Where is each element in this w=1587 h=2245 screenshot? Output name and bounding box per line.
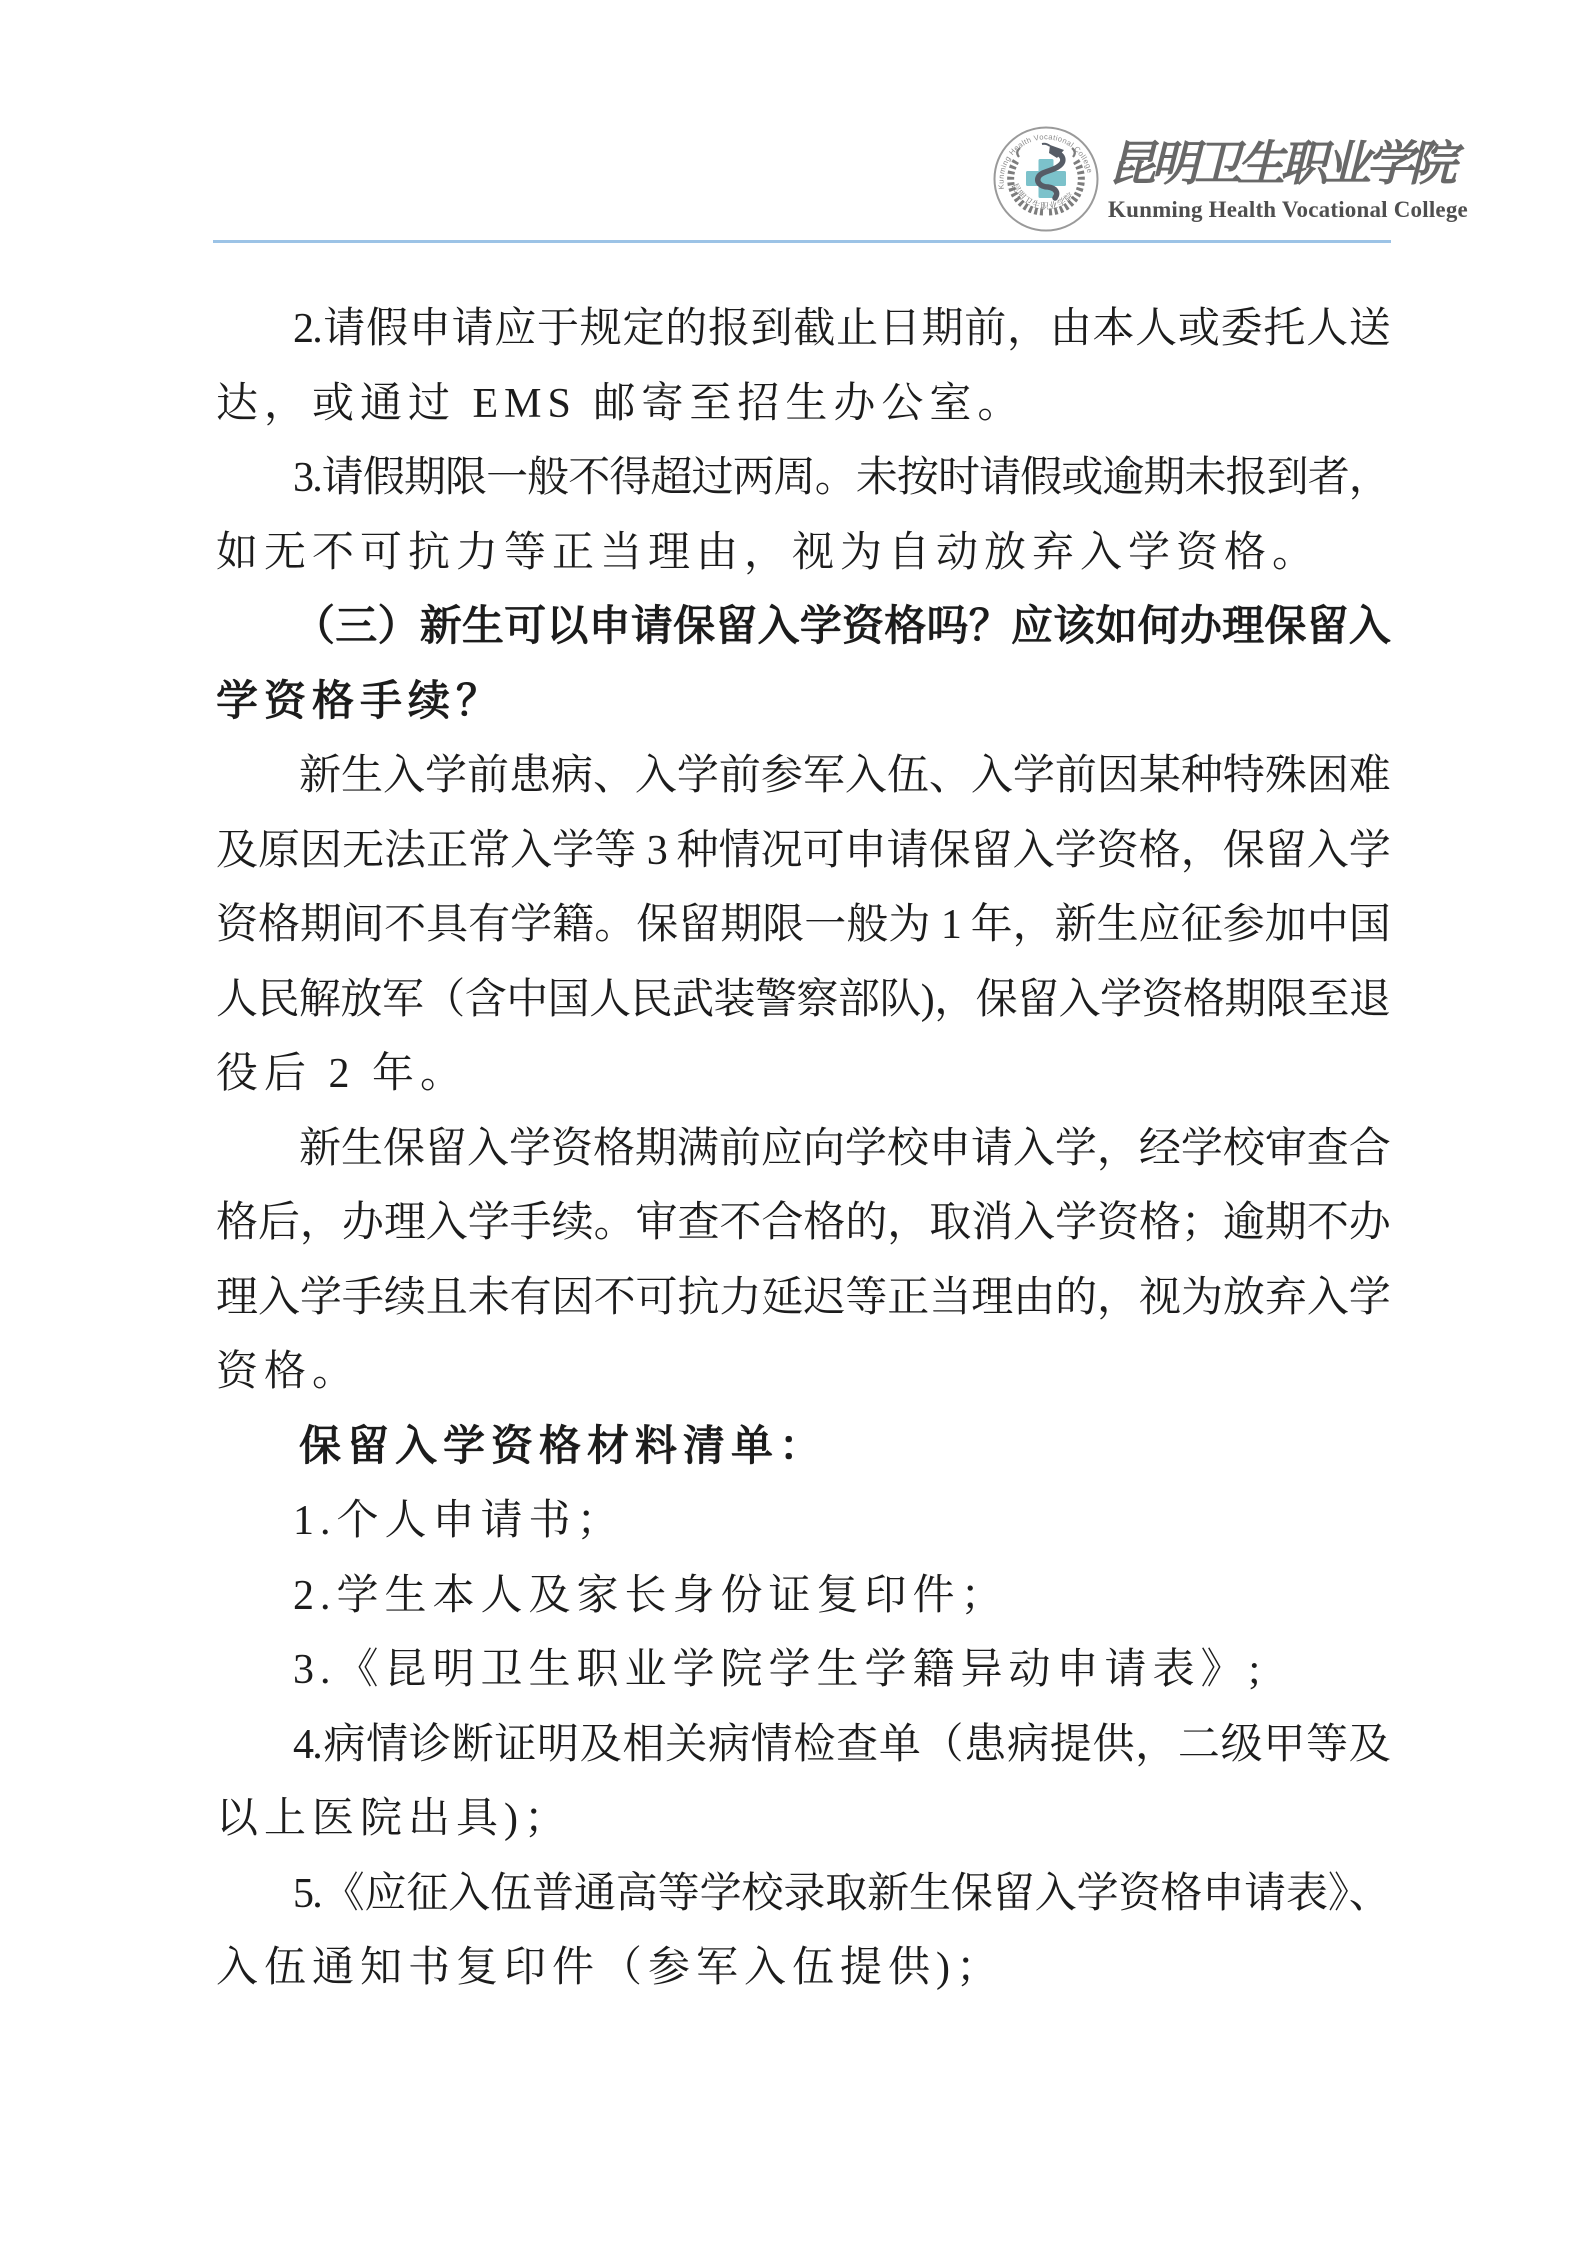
document-body: 2.请假申请应于规定的报到截止日期前，由本人或委托人送 达，或通过 EMS 邮寄…: [216, 292, 1389, 2006]
header-divider-line: [213, 240, 1391, 243]
body-line: 如无不可抗力等正当理由，视为自动放弃入学资格。: [216, 516, 1389, 591]
body-line: 达，或通过 EMS 邮寄至招生办公室。: [216, 367, 1389, 442]
college-name-chinese-calligraphy: 昆明卫生职业学院: [1108, 136, 1468, 194]
body-heading-line: 学资格手续？: [216, 665, 1389, 740]
body-line: 3.请假期限一般不得超过两周。未按时请假或逾期未报到者，: [216, 441, 1389, 516]
body-line: 以上医院出具)；: [216, 1782, 1389, 1857]
body-list-line: 3.《昆明卫生职业学院学生学籍异动申请表》;: [216, 1633, 1389, 1708]
body-line: 役后 2 年。: [216, 1037, 1389, 1112]
body-line: 新生入学前患病、入学前参军入伍、入学前因某种特殊困难: [216, 739, 1389, 814]
document-page: Kunming Health Vocational College 昆明卫生职业…: [0, 0, 1587, 2245]
body-heading-line: 保留入学资格材料清单：: [216, 1410, 1389, 1485]
body-line: 资格。: [216, 1335, 1389, 1410]
body-line: 入伍通知书复印件（参军入伍提供)；: [216, 1931, 1389, 2006]
body-line: 理入学手续且未有因不可抗力延迟等正当理由的，视为放弃入学: [216, 1261, 1389, 1336]
body-list-line: 5.《应征入伍普通高等学校录取新生保留入学资格申请表》、: [216, 1857, 1389, 1932]
body-line: 人民解放军（含中国人民武装警察部队)，保留入学资格期限至退: [216, 963, 1389, 1038]
college-name-block: 昆明卫生职业学院 Kunming Health Vocational Colle…: [1108, 136, 1468, 223]
body-line: 资格期间不具有学籍。保留期限一般为 1 年，新生应征参加中国: [216, 888, 1389, 963]
college-seal-logo: Kunming Health Vocational College 昆明卫生职业…: [993, 126, 1099, 232]
body-list-line: 1.个人申请书；: [216, 1484, 1389, 1559]
college-name-english: Kunming Health Vocational College: [1108, 197, 1468, 223]
body-line: 新生保留入学资格期满前应向学校申请入学，经学校审查合: [216, 1112, 1389, 1187]
body-line: 格后，办理入学手续。审查不合格的，取消入学资格；逾期不办: [216, 1186, 1389, 1261]
body-heading-line: （三）新生可以申请保留入学资格吗？应该如何办理保留入: [216, 590, 1389, 665]
body-list-line: 4.病情诊断证明及相关病情检查单（患病提供，二级甲等及: [216, 1708, 1389, 1783]
body-line: 及原因无法正常入学等 3 种情况可申请保留入学资格，保留入学: [216, 814, 1389, 889]
body-list-line: 2.学生本人及家长身份证复印件；: [216, 1559, 1389, 1634]
body-line: 2.请假申请应于规定的报到截止日期前，由本人或委托人送: [216, 292, 1389, 367]
